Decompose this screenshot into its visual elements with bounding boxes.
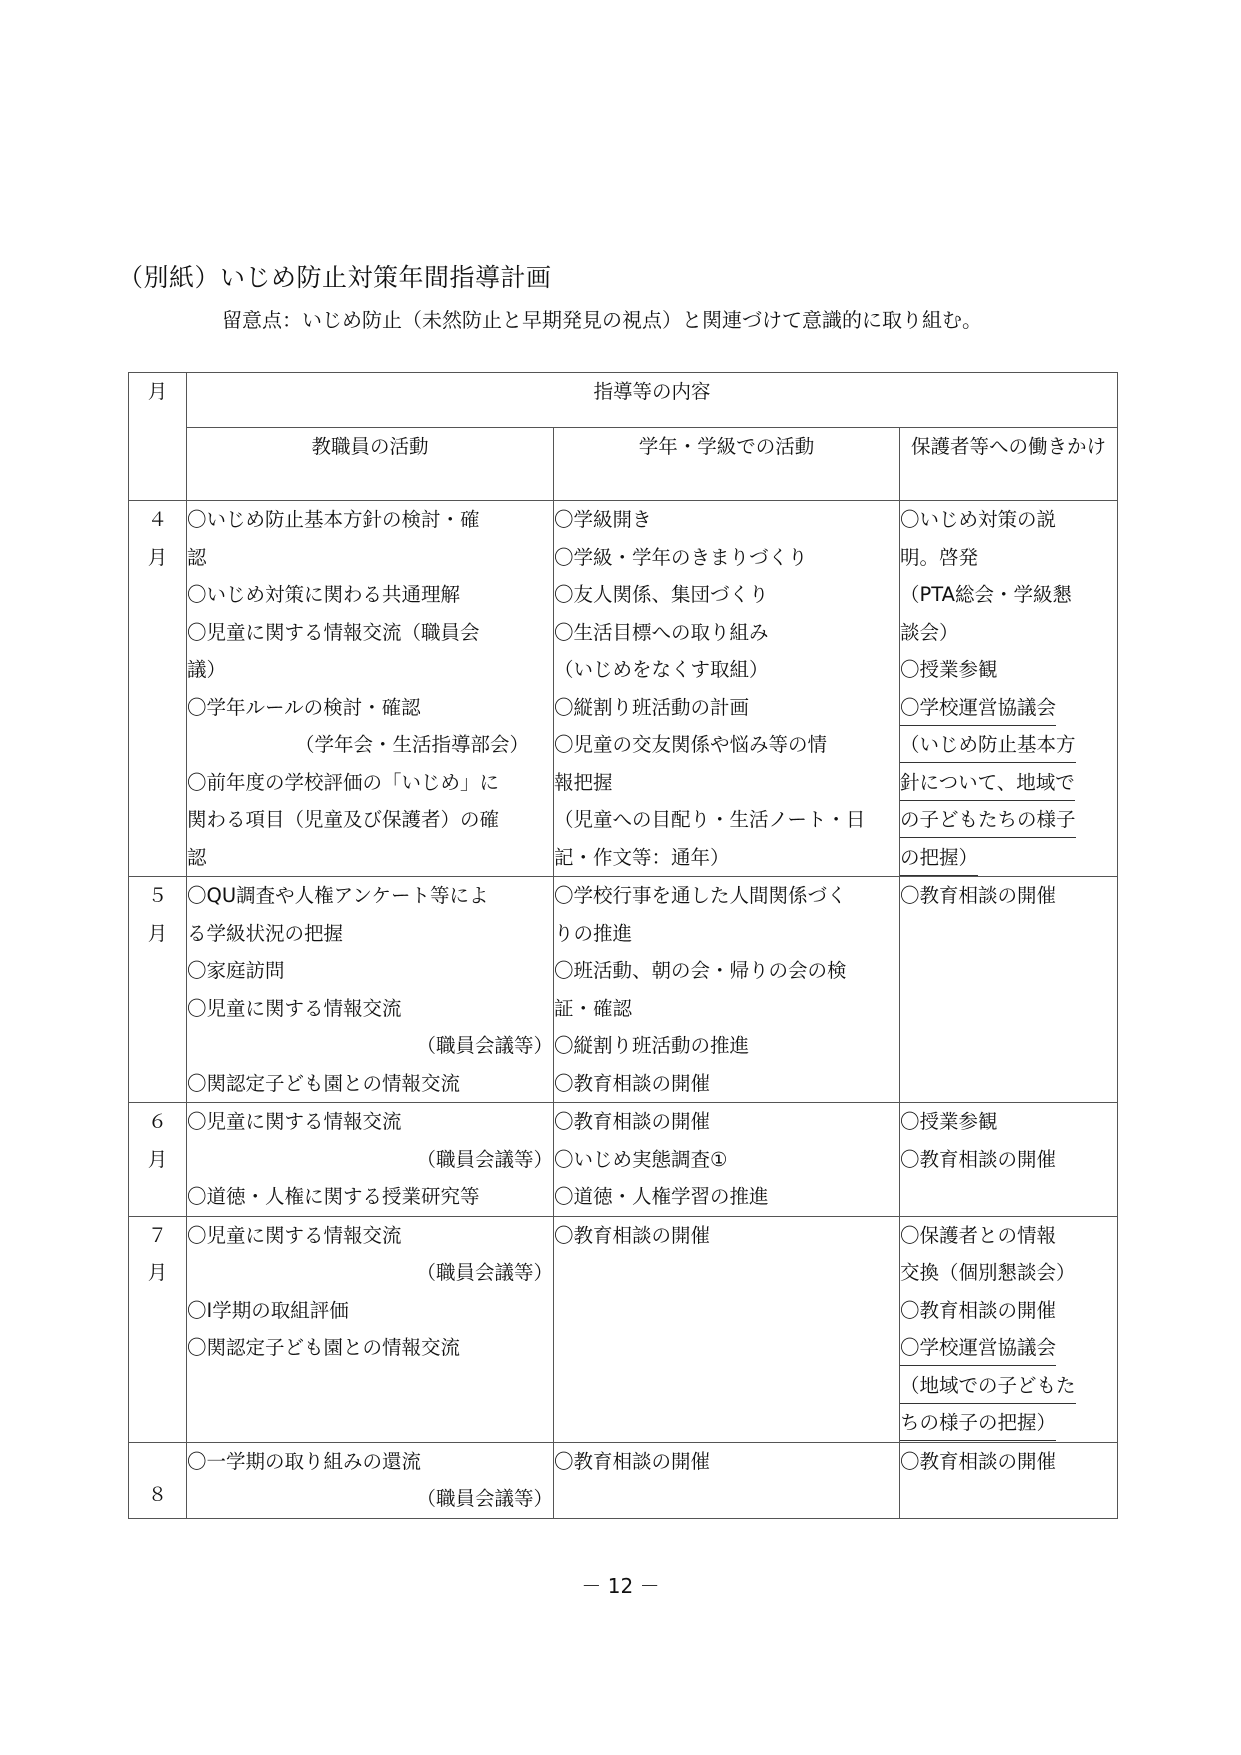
activity-line: （職員会議等） <box>187 1480 553 1518</box>
activity-line: 〇QU調査や人権アンケート等によ <box>187 877 553 915</box>
activity-line: 針について、地域で <box>900 764 1117 802</box>
month-unit: 月 <box>129 1141 186 1179</box>
activity-line: 〇いじめ実態調査① <box>554 1141 899 1179</box>
header-class: 学年・学級での活動 <box>554 428 900 501</box>
activity-line: 〇縦割り班活動の推進 <box>554 1027 899 1065</box>
underlined-text: 針について、地域で <box>900 765 1075 801</box>
month-unit: 月 <box>129 539 186 577</box>
class-activities-cell: 〇学級開き〇学級・学年のきまりづくり〇友人関係、集団づくり〇生活目標への取り組み… <box>554 501 900 877</box>
activity-line: 〇教育相談の開催 <box>900 1141 1117 1179</box>
month-unit: 月 <box>129 915 186 953</box>
staff-activities-cell: 〇児童に関する情報交流（職員会議等）〇Ⅰ学期の取組評価〇関認定子ども園との情報交… <box>187 1216 554 1442</box>
class-activities-cell: 〇教育相談の開催 <box>554 1442 900 1518</box>
activity-line: 〇家庭訪問 <box>187 952 553 990</box>
activity-line: 〇児童に関する情報交流 <box>187 1217 553 1255</box>
activity-line: 〇教育相談の開催 <box>554 1103 899 1141</box>
activity-line: 〇いじめ対策の説 <box>900 501 1117 539</box>
activity-line: 〇学校運営協議会 <box>900 1329 1117 1367</box>
month-number: ７ <box>129 1217 186 1255</box>
underlined-text: 〇学校運営協議会 <box>900 690 1056 726</box>
activity-line: 関わる項目（児童及び保護者）の確 <box>187 801 553 839</box>
underlined-text: の把握） <box>900 840 978 876</box>
header-staff: 教職員の活動 <box>187 428 554 501</box>
class-activities-cell: 〇教育相談の開催〇いじめ実態調査①〇道徳・人権学習の推進 <box>554 1103 900 1217</box>
staff-activities-cell: 〇一学期の取り組みの還流（職員会議等） <box>187 1442 554 1518</box>
activity-line: 〇前年度の学校評価の「いじめ」に <box>187 764 553 802</box>
activity-line: の子どもたちの様子 <box>900 801 1117 839</box>
staff-activities-cell: 〇いじめ防止基本方針の検討・確認〇いじめ対策に関わる共通理解〇児童に関する情報交… <box>187 501 554 877</box>
activity-line: 〇いじめ防止基本方針の検討・確 <box>187 501 553 539</box>
annual-plan-table: 月 指導等の内容 教職員の活動 学年・学級での活動 保護者等への働きかけ ４月〇… <box>128 372 1118 1519</box>
activity-line: 明。啓発 <box>900 539 1117 577</box>
activity-line: 〇授業参観 <box>900 1103 1117 1141</box>
underlined-text: （いじめ防止基本方 <box>900 727 1076 763</box>
page-number: － 12 － <box>0 1570 1241 1599</box>
parent-activities-cell: 〇授業参観〇教育相談の開催 <box>900 1103 1118 1217</box>
parent-activities-cell: 〇教育相談の開催 <box>900 877 1118 1103</box>
activity-line: 〇保護者との情報 <box>900 1217 1117 1255</box>
underlined-text: の子どもたちの様子 <box>900 802 1076 838</box>
activity-line: 〇いじめ対策に関わる共通理解 <box>187 576 553 614</box>
parent-activities-cell: 〇教育相談の開催 <box>900 1442 1118 1518</box>
header-month: 月 <box>129 373 187 501</box>
month-cell: ８ <box>129 1442 187 1518</box>
activity-line: る学級状況の把握 <box>187 915 553 953</box>
table-row: ６月〇児童に関する情報交流（職員会議等）〇道徳・人権に関する授業研究等〇教育相談… <box>129 1103 1118 1217</box>
table-row: ５月〇QU調査や人権アンケート等による学級状況の把握〇家庭訪問〇児童に関する情報… <box>129 877 1118 1103</box>
activity-line: 交換（個別懇談会） <box>900 1254 1117 1292</box>
activity-line: （いじめ防止基本方 <box>900 726 1117 764</box>
underlined-text: 〇学校運営協議会 <box>900 1330 1056 1366</box>
activity-line: 〇友人関係、集団づくり <box>554 576 899 614</box>
activity-line: 〇学級開き <box>554 501 899 539</box>
activity-line: 〇Ⅰ学期の取組評価 <box>187 1292 553 1330</box>
activity-line: 〇関認定子ども園との情報交流 <box>187 1329 553 1367</box>
activity-line: 〇道徳・人権に関する授業研究等 <box>187 1178 553 1216</box>
table-row: ７月〇児童に関する情報交流（職員会議等）〇Ⅰ学期の取組評価〇関認定子ども園との情… <box>129 1216 1118 1442</box>
activity-line: 〇生活目標への取り組み <box>554 614 899 652</box>
activity-line: ちの様子の把握） <box>900 1404 1117 1442</box>
activity-line: （PTA総会・学級懇 <box>900 576 1117 614</box>
activity-line: 〇学級・学年のきまりづくり <box>554 539 899 577</box>
staff-activities-cell: 〇児童に関する情報交流（職員会議等）〇道徳・人権に関する授業研究等 <box>187 1103 554 1217</box>
activity-line: （職員会議等） <box>187 1254 553 1292</box>
activity-line: 〇学校運営協議会 <box>900 689 1117 727</box>
table-row: ４月〇いじめ防止基本方針の検討・確認〇いじめ対策に関わる共通理解〇児童に関する情… <box>129 501 1118 877</box>
activity-line: 証・確認 <box>554 990 899 1028</box>
parent-activities-cell: 〇いじめ対策の説明。啓発（PTA総会・学級懇談会）〇授業参観〇学校運営協議会（い… <box>900 501 1118 877</box>
activity-line: 〇児童の交友関係や悩み等の情 <box>554 726 899 764</box>
month-unit: 月 <box>129 1254 186 1292</box>
activity-line: の把握） <box>900 839 1117 877</box>
activity-line: （児童への目配り・生活ノート・日 <box>554 801 899 839</box>
activity-line: 〇教育相談の開催 <box>554 1065 899 1103</box>
month-cell: ５月 <box>129 877 187 1103</box>
activity-line: 談会） <box>900 614 1117 652</box>
month-cell: ６月 <box>129 1103 187 1217</box>
activity-line: 認 <box>187 539 553 577</box>
activity-line: 〇関認定子ども園との情報交流 <box>187 1065 553 1103</box>
activity-line: 〇児童に関する情報交流（職員会 <box>187 614 553 652</box>
activity-line: 〇教育相談の開催 <box>900 877 1117 915</box>
activity-line: （地域での子どもた <box>900 1367 1117 1405</box>
activity-line: 〇縦割り班活動の計画 <box>554 689 899 727</box>
activity-line: 〇教育相談の開催 <box>554 1217 899 1255</box>
activity-line: （職員会議等） <box>187 1027 553 1065</box>
table-row: ８〇一学期の取り組みの還流（職員会議等）〇教育相談の開催〇教育相談の開催 <box>129 1442 1118 1518</box>
class-activities-cell: 〇学校行事を通した人間関係づくりの推進〇班活動、朝の会・帰りの会の検証・確認〇縦… <box>554 877 900 1103</box>
activity-line: 〇学年ルールの検討・確認 <box>187 689 553 727</box>
activity-line: 〇児童に関する情報交流 <box>187 1103 553 1141</box>
activity-line: 記・作文等：通年） <box>554 839 899 877</box>
activity-line: 〇教育相談の開催 <box>554 1443 899 1481</box>
activity-line: 〇教育相談の開催 <box>900 1443 1117 1481</box>
activity-line: 〇児童に関する情報交流 <box>187 990 553 1028</box>
header-row-sub: 教職員の活動 学年・学級での活動 保護者等への働きかけ <box>129 428 1118 501</box>
class-activities-cell: 〇教育相談の開催 <box>554 1216 900 1442</box>
month-number: ６ <box>129 1103 186 1141</box>
document-note: 留意点：いじめ防止（未然防止と早期発見の視点）と関連づけて意識的に取り組む。 <box>222 304 982 333</box>
header-row-top: 月 指導等の内容 <box>129 373 1118 428</box>
activity-line: 〇学校行事を通した人間関係づく <box>554 877 899 915</box>
activity-line: 〇班活動、朝の会・帰りの会の検 <box>554 952 899 990</box>
activity-line: （学年会・生活指導部会） <box>187 726 553 764</box>
activity-line: 〇授業参観 <box>900 651 1117 689</box>
activity-line: 議） <box>187 651 553 689</box>
header-content: 指導等の内容 <box>187 373 1118 428</box>
activity-line: 〇一学期の取り組みの還流 <box>187 1443 553 1481</box>
staff-activities-cell: 〇QU調査や人権アンケート等による学級状況の把握〇家庭訪問〇児童に関する情報交流… <box>187 877 554 1103</box>
activity-line: （職員会議等） <box>187 1141 553 1179</box>
document-title: （別紙）いじめ防止対策年間指導計画 <box>118 258 552 294</box>
activity-line: 〇道徳・人権学習の推進 <box>554 1178 899 1216</box>
month-cell: ７月 <box>129 1216 187 1442</box>
month-number: ５ <box>129 877 186 915</box>
activity-line: （いじめをなくす取組） <box>554 651 899 689</box>
activity-line: りの推進 <box>554 915 899 953</box>
activity-line: 〇教育相談の開催 <box>900 1292 1117 1330</box>
underlined-text: （地域での子どもた <box>900 1368 1076 1404</box>
header-parent: 保護者等への働きかけ <box>900 428 1118 501</box>
underlined-text: ちの様子の把握） <box>900 1405 1056 1441</box>
month-number: ８ <box>129 1476 186 1514</box>
month-cell: ４月 <box>129 501 187 877</box>
activity-line: 報把握 <box>554 764 899 802</box>
month-number: ４ <box>129 501 186 539</box>
activity-line: 認 <box>187 839 553 877</box>
parent-activities-cell: 〇保護者との情報交換（個別懇談会）〇教育相談の開催〇学校運営協議会（地域での子ど… <box>900 1216 1118 1442</box>
